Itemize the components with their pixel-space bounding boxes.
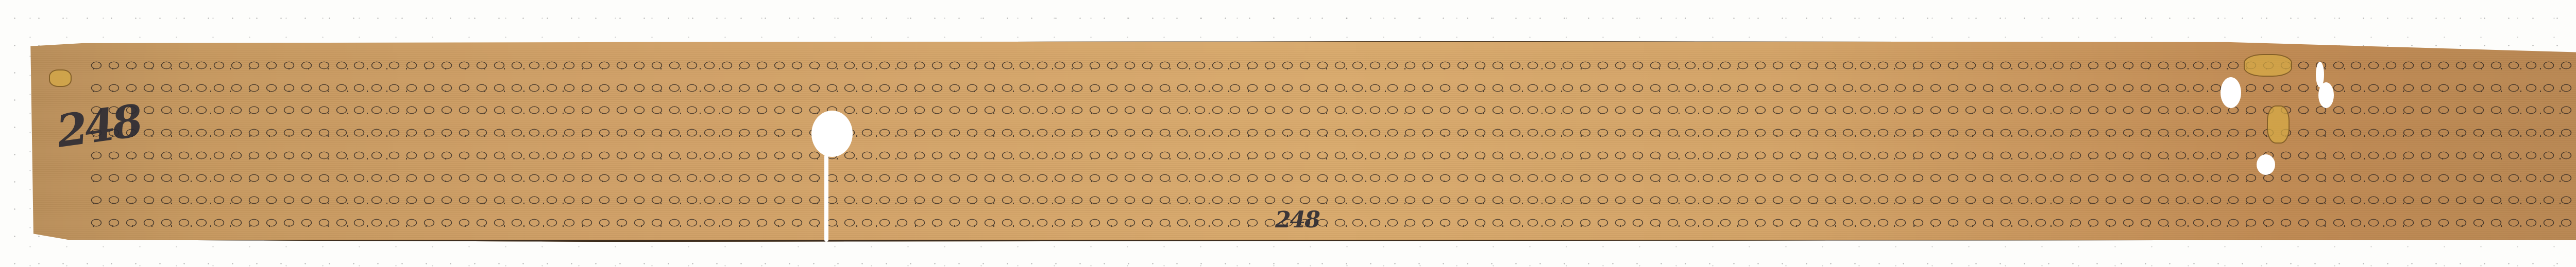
worm-hole — [2257, 154, 2275, 175]
worm-hole — [2316, 62, 2324, 87]
text-line-4 — [88, 124, 2576, 141]
text-line-7 — [88, 191, 2576, 209]
text-line-5 — [88, 147, 2576, 164]
insect-stain — [2244, 54, 2292, 77]
text-line-1 — [88, 57, 2576, 74]
text-line-3 — [88, 101, 2576, 119]
insect-stain — [2267, 105, 2290, 144]
insect-stain — [49, 69, 72, 87]
leaf-crack — [824, 154, 828, 242]
manuscript-text — [88, 57, 2576, 232]
text-line-2 — [88, 79, 2576, 97]
text-line-8 — [88, 214, 2576, 232]
worm-hole — [2221, 77, 2241, 108]
text-line-6 — [88, 169, 2576, 187]
binding-hole — [811, 111, 853, 157]
folio-number-bottom: 248 — [1275, 207, 1319, 233]
